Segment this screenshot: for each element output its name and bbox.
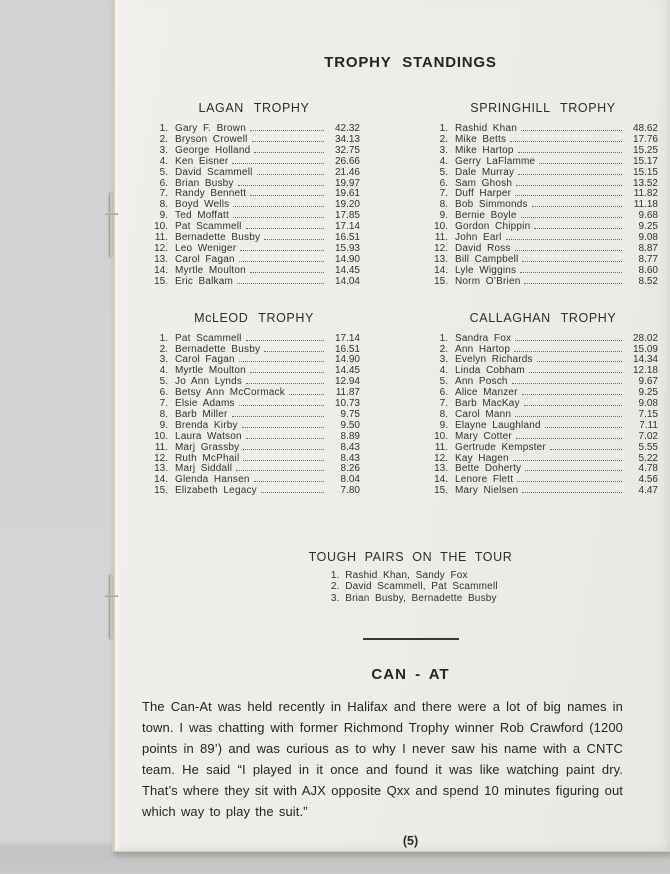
score: 8.52 (624, 277, 658, 288)
trophy-title: CALLAGHAN TROPHY (428, 311, 658, 325)
dot-leader (529, 372, 622, 373)
pair-row: 3. Brian Busby, Bernadette Busby (323, 593, 498, 604)
pair-names: David Scammell, Pat Scammell (345, 581, 498, 592)
standings-row: 5. David Scammell 21.46 (148, 168, 360, 179)
player-name: Gerry LaFlamme (455, 157, 535, 168)
pair-names: Brian Busby, Bernadette Busby (345, 593, 497, 604)
dot-leader (252, 141, 324, 142)
standings-row: 4. Gerry LaFlamme 15.17 (428, 157, 658, 168)
player-name: Norm O’Brien (455, 277, 520, 288)
standings-row: 11. Gertrude Kempster 5.55 (428, 443, 658, 454)
dot-leader (515, 416, 622, 417)
dot-leader (233, 206, 324, 207)
rank: 15. (148, 277, 168, 288)
pair-row: 2. David Scammell, Pat Scammell (323, 581, 498, 592)
dot-leader (289, 394, 324, 395)
dot-leader (243, 449, 324, 450)
tough-pairs-list: 1. Rashid Khan, Sandy Fox 2. David Scamm… (323, 570, 498, 604)
dot-leader (515, 340, 622, 341)
tough-pairs-title: TOUGH PAIRS ON THE TOUR (151, 550, 670, 564)
dot-leader (240, 250, 324, 251)
score: 28.02 (624, 334, 658, 345)
dot-leader (516, 185, 622, 186)
standings-row: 15. Mary Nielsen 4.47 (428, 486, 658, 497)
dot-leader (545, 427, 622, 428)
standings-row: 11. Marj Grassby 8.43 (148, 443, 360, 454)
dot-leader (232, 416, 325, 417)
dot-leader (239, 261, 324, 262)
staple-top (109, 193, 112, 257)
player-name: Ken Eisner (175, 157, 228, 168)
dot-leader (524, 405, 622, 406)
dot-leader (246, 340, 324, 341)
rank: 15. (428, 277, 448, 288)
dot-leader (232, 163, 324, 164)
dot-leader (518, 174, 622, 175)
trophy-title: SPRINGHILL TROPHY (428, 101, 658, 115)
page-title: TROPHY STANDINGS (115, 54, 670, 71)
staple-bottom (109, 575, 112, 639)
player-name: Gertrude Kempster (455, 443, 546, 454)
trophy-callaghan: CALLAGHAN TROPHY 1. Sandra Fox 28.02 2. … (428, 311, 658, 498)
dot-leader (238, 185, 324, 186)
rank: 2. (323, 581, 339, 592)
player-name: Marj Grassby (175, 443, 239, 454)
standings-row: 15. Elizabeth Legacy 7.80 (148, 486, 360, 497)
rank: 4. (148, 157, 168, 168)
can-at-paragraph: The Can-At was held recently in Halifax … (142, 696, 623, 822)
trophy-title: LAGAN TROPHY (148, 101, 360, 115)
can-at-title: CAN - AT (115, 666, 670, 683)
rank: 4. (428, 157, 448, 168)
standings-row: 5. Dale Murray 15.15 (428, 168, 658, 179)
dot-leader (254, 152, 324, 153)
rank: 1. (428, 334, 448, 345)
dot-leader (513, 460, 622, 461)
dot-leader (520, 272, 622, 273)
rank: 1. (148, 334, 168, 345)
standings-row: 1. Sandra Fox 28.02 (428, 334, 658, 345)
standings-list: 1. Rashid Khan 48.62 2. Mike Betts 17.76 (428, 124, 658, 288)
dot-leader (515, 195, 622, 196)
dot-leader (510, 141, 622, 142)
dot-leader (506, 239, 622, 240)
standings-row: 15. Norm O’Brien 8.52 (428, 277, 658, 288)
standings-list: 1. Sandra Fox 28.02 2. Ann Hartop 15.09 (428, 334, 658, 498)
dot-leader (512, 383, 622, 384)
standings-list: 1. Pat Scammell 17.14 2. Bernadette Busb… (148, 334, 360, 498)
pair-names: Rashid Khan, Sandy Fox (345, 570, 468, 581)
trophy-lagan: LAGAN TROPHY 1. Gary F. Brown 42.32 2. B… (148, 101, 360, 288)
standings-list: 1. Gary F. Brown 42.32 2. Bryson Crowell… (148, 124, 360, 288)
dot-leader (242, 427, 324, 428)
player-name: Eric Balkam (175, 277, 233, 288)
dot-leader (237, 283, 324, 284)
rank: 1. (323, 570, 339, 581)
dot-leader (254, 481, 324, 482)
dot-leader (236, 470, 324, 471)
score: 15.15 (624, 168, 658, 179)
tough-pairs-section: TOUGH PAIRS ON THE TOUR 1. Rashid Khan, … (115, 550, 670, 606)
score: 21.46 (326, 168, 360, 179)
dot-leader (534, 228, 622, 229)
dot-leader (264, 239, 324, 240)
player-name: Pat Scammell (175, 334, 242, 345)
standings-row: 15. Eric Balkam 14.04 (148, 277, 360, 288)
rank: 11. (148, 443, 168, 454)
section-divider (363, 638, 459, 640)
dot-leader (250, 372, 324, 373)
dot-leader (250, 195, 324, 196)
dot-leader (246, 383, 324, 384)
player-name: Mary Nielsen (455, 486, 518, 497)
player-name: Elizabeth Legacy (175, 486, 257, 497)
page-content: TROPHY STANDINGS LAGAN TROPHY 1. Gary F.… (115, 0, 670, 852)
trophy-springhill: SPRINGHILL TROPHY 1. Rashid Khan 48.62 2… (428, 101, 658, 288)
rank: 3. (323, 593, 339, 604)
trophy-standings-grid: LAGAN TROPHY 1. Gary F. Brown 42.32 2. B… (148, 101, 670, 497)
score: 8.43 (326, 443, 360, 454)
dot-leader (522, 394, 622, 395)
dot-leader (522, 492, 622, 493)
score: 5.55 (624, 443, 658, 454)
dot-leader (521, 130, 622, 131)
pair-row: 1. Rashid Khan, Sandy Fox (323, 570, 498, 581)
dot-leader (525, 470, 622, 471)
score: 26.66 (326, 157, 360, 168)
dot-leader (264, 351, 324, 352)
dot-leader (514, 351, 622, 352)
standings-row: 1. Pat Scammell 17.14 (148, 334, 360, 345)
dot-leader (257, 174, 324, 175)
dot-leader (539, 163, 622, 164)
dot-leader (522, 261, 622, 262)
dot-leader (250, 272, 324, 273)
trophy-title: McLEOD TROPHY (148, 311, 360, 325)
player-name: Sandra Fox (455, 334, 511, 345)
player-name: Dale Murray (455, 168, 514, 179)
dot-leader (246, 228, 324, 229)
dot-leader (532, 206, 622, 207)
dot-leader (524, 283, 622, 284)
dot-leader (550, 449, 622, 450)
dot-leader (537, 361, 622, 362)
player-name: David Scammell (175, 168, 253, 179)
dot-leader (243, 460, 324, 461)
dot-leader (233, 217, 324, 218)
rank: 15. (148, 486, 168, 497)
score: 14.04 (326, 277, 360, 288)
rank: 15. (428, 486, 448, 497)
dot-leader (515, 250, 622, 251)
rank: 11. (428, 443, 448, 454)
rank: 5. (428, 168, 448, 179)
dot-leader (239, 405, 324, 406)
rank: 5. (148, 168, 168, 179)
score: 4.47 (624, 486, 658, 497)
dot-leader (250, 130, 324, 131)
divider-wrap (115, 627, 670, 645)
trophy-mcleod: McLEOD TROPHY 1. Pat Scammell 17.14 2. B… (148, 311, 360, 498)
dot-leader (239, 361, 324, 362)
dot-leader (246, 438, 324, 439)
score: 17.14 (326, 334, 360, 345)
page-number: (5) (115, 834, 670, 848)
dot-leader (516, 438, 622, 439)
score: 7.80 (326, 486, 360, 497)
dot-leader (517, 481, 622, 482)
dot-leader (261, 492, 324, 493)
standings-row: 4. Ken Eisner 26.66 (148, 157, 360, 168)
score: 15.17 (624, 157, 658, 168)
dot-leader (521, 217, 622, 218)
dot-leader (518, 152, 622, 153)
